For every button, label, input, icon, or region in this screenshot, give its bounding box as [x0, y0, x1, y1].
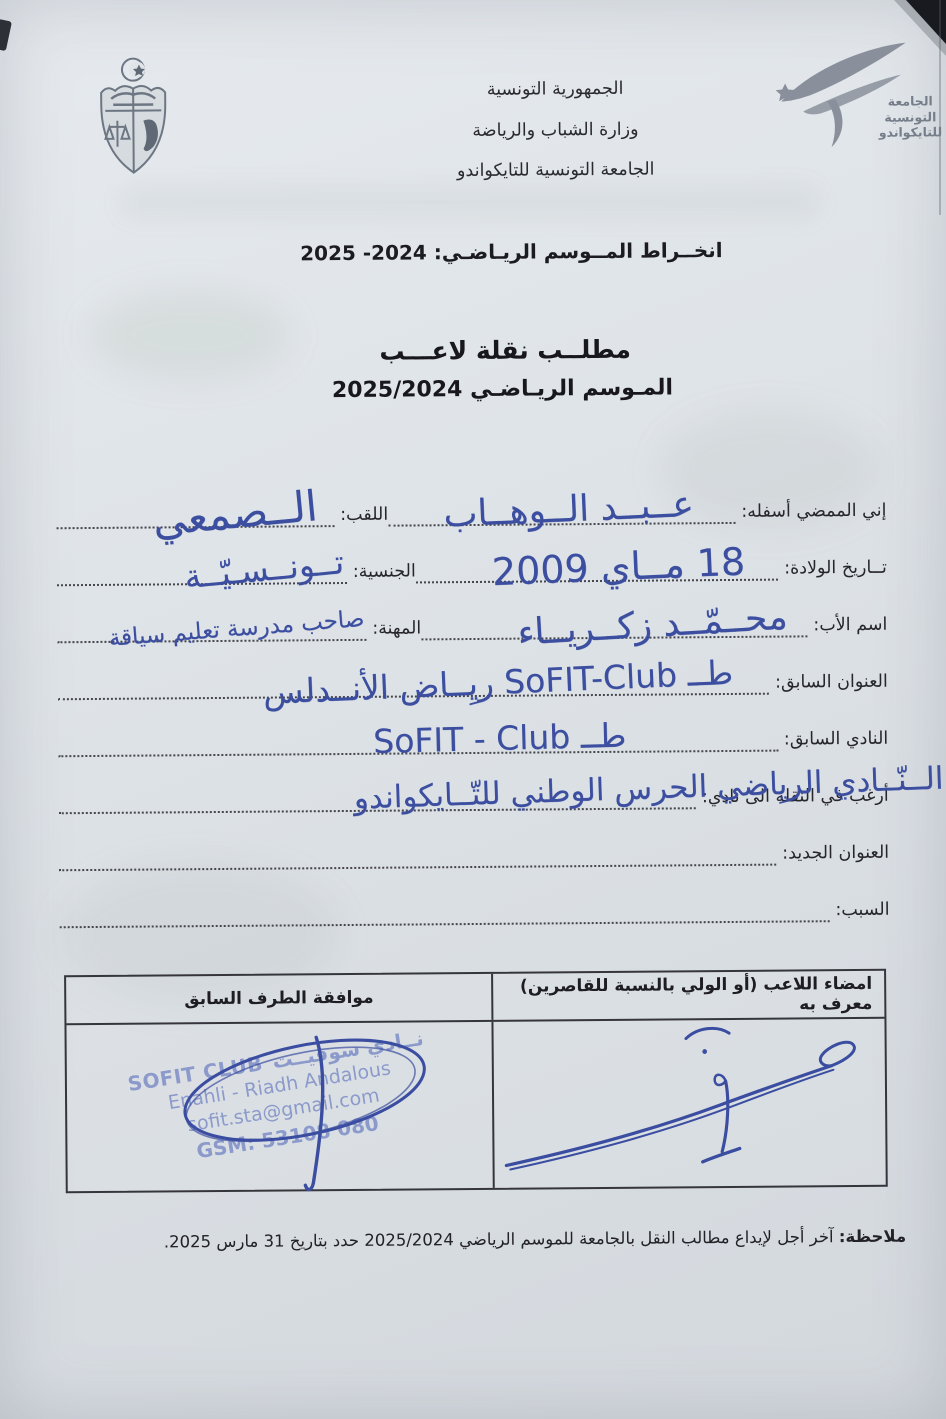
- form-row-new-address: العنوان الجديد:: [59, 829, 889, 872]
- signatures-table-body: SOFIT CLUB نــادي سوفيــت Enahli - Riadh…: [66, 1019, 885, 1191]
- form-row-target-club: أرغب في النقلة الى نادي: الــنّــادي الر…: [59, 772, 889, 815]
- previous-club-handwriting: طــ SoFIT - Club: [373, 719, 627, 758]
- undersigned-field: عــبــد الــوهــاب: [388, 496, 735, 527]
- logo-caption-line: التونسية: [877, 109, 943, 125]
- form-row-previous-club: النادي السابق: طــ SoFIT - Club: [58, 715, 888, 758]
- federation-logo-caption: الجامعة التونسية للتايكواندو: [877, 93, 943, 140]
- birthdate-field: 18 مــاي 2009: [416, 553, 779, 584]
- form-row-previous-address: العنوان السابق: طــ SoFIT-Club ريِــاض ا…: [58, 658, 888, 701]
- birthdate-label: تــاريخ الولادة:: [778, 555, 887, 580]
- previous-address-handwriting: طــ SoFIT-Club ريِــاض الأنــدلس: [263, 656, 734, 709]
- profession-label: المهنة:: [366, 616, 421, 641]
- new-address-label: العنوان الجديد:: [776, 840, 889, 865]
- sport-season-title: المـوسم الريـاضـي 2025/2024: [202, 374, 802, 404]
- new-address-field: [59, 838, 776, 872]
- tunisia-coat-of-arms-logo: [83, 54, 184, 195]
- signatures-table-header: امضاء اللاعب (أو الولي بالنسبة للقاصرين)…: [66, 971, 884, 1025]
- form-row-birth: تــاريخ الولادة: 18 مــاي 2009 الجنسية: …: [57, 544, 887, 587]
- previous-club-field: طــ SoFIT - Club: [58, 724, 778, 758]
- scanned-transfer-form: الجمهورية التونسية وزارة الشباب والرياضة…: [0, 0, 946, 1419]
- signatures-table: امضاء اللاعب (أو الولي بالنسبة للقاصرين)…: [64, 969, 888, 1193]
- season-enrollment-title: انخــراط المــوسم الريـاضـي: 2024- 2025: [211, 237, 811, 266]
- republic-line: الجمهورية التونسية: [340, 68, 770, 112]
- reason-label: السبب:: [829, 897, 889, 922]
- note-label: ملاحظة:: [839, 1227, 906, 1247]
- previous-address-label: العنوان السابق:: [769, 669, 888, 694]
- paper-sheet: الجمهورية التونسية وزارة الشباب والرياضة…: [0, 0, 946, 1419]
- surname-handwriting: الــصمعي: [151, 485, 319, 542]
- taekwondo-federation-logo: الجامعة التونسية للتايكواندو: [773, 36, 944, 172]
- nationality-handwriting: تــونــسـيّــة: [183, 545, 346, 593]
- logo-caption-line: للتايكواندو: [877, 125, 943, 141]
- form-row-father: اسم الأب: محــمّــد زكــريــاء المهنة: ص…: [57, 601, 887, 644]
- nationality-field: تــونــسـيّــة: [57, 556, 347, 586]
- nationality-label: الجنسية:: [347, 559, 416, 584]
- reason-field: [59, 894, 829, 928]
- transfer-request-title: مطلــب نقلة لاعـــب: [205, 333, 805, 367]
- previous-club-label: النادي السابق:: [778, 726, 889, 751]
- target-club-field: الــنّــادي الريِاضي الحرس الوطني للتّــ…: [59, 781, 696, 814]
- undersigned-label: إني الممضي أسفله:: [735, 498, 886, 524]
- birthdate-handwriting: 18 مــاي 2009: [492, 542, 747, 591]
- player-signature-header: امضاء اللاعب (أو الولي بالنسبة للقاصرين)…: [491, 971, 884, 1020]
- previous-party-signature-ink: [66, 1022, 493, 1191]
- father-name-label: اسم الأب:: [807, 612, 887, 637]
- surname-field: الــصمعي: [56, 499, 334, 529]
- federation-line: الجامعة التونسية للتايكواندو: [341, 149, 771, 193]
- previous-party-approval-cell: SOFIT CLUB نــادي سوفيــت Enahli - Riadh…: [66, 1022, 493, 1191]
- player-signature-cell: [492, 1019, 886, 1188]
- undersigned-handwriting: عــبــد الــوهــاب: [443, 487, 695, 534]
- logo-caption-line: الجامعة: [877, 93, 943, 109]
- form-row-identity: إني الممضي أسفله: عــبــد الــوهــاب الل…: [56, 487, 886, 530]
- profession-handwriting: صاحب مدرسة تعليم سياقة: [108, 608, 365, 651]
- note-text: آخر أجل لإيداع مطالب النقل بالجامعة للمو…: [164, 1227, 839, 1251]
- previous-address-field: طــ SoFIT-Club ريِــاض الأنــدلس: [58, 667, 769, 701]
- previous-party-approval-header: موافقة الطرف السابق: [66, 974, 492, 1023]
- father-name-field: محــمّــد زكــريــاء: [421, 609, 807, 640]
- father-name-handwriting: محــمّــد زكــريــاء: [517, 599, 789, 651]
- deadline-note: ملاحظة: آخر أجل لإيداع مطالب النقل بالجا…: [154, 1225, 906, 1256]
- form-row-reason: السبب:: [59, 886, 889, 929]
- profession-field: صاحب مدرسة تعليم سياقة: [57, 613, 366, 643]
- transfer-form-fields: إني الممضي أسفله: عــبــد الــوهــاب الل…: [56, 487, 890, 950]
- player-signature-ink: [494, 1019, 886, 1188]
- government-header: الجمهورية التونسية وزارة الشباب والرياضة…: [340, 68, 771, 193]
- surname-label: اللقب:: [334, 502, 388, 527]
- ministry-line: وزارة الشباب والرياضة: [340, 108, 770, 152]
